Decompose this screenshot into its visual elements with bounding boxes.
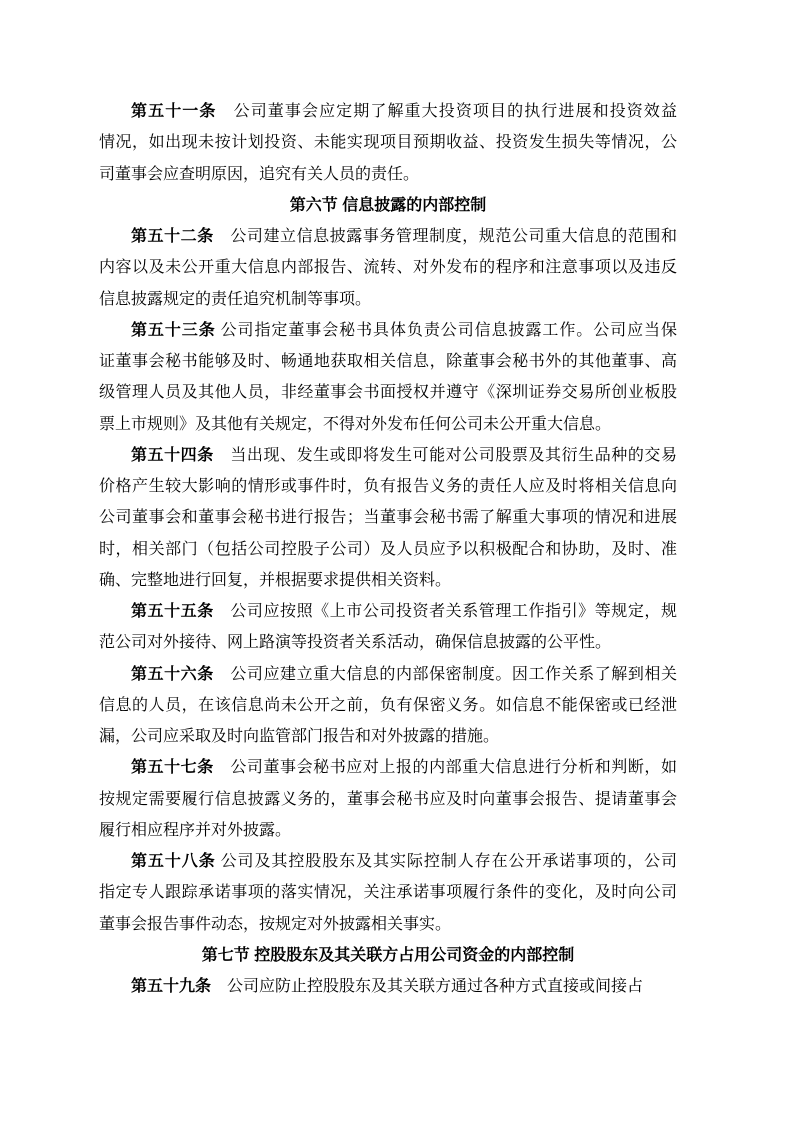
text-line: 时，相关部门（包括公司控股子公司）及人员应予以积极配合和协助，及时、准 (99, 534, 677, 565)
article-paragraph-59: 第五十九条 公司应防止控股股东及其关联方通过各种方式直接或间接占 (99, 971, 677, 1002)
text-line: 票上市规则》及其他有关规定，不得对外发布任何公司未公开重大信息。 (99, 409, 677, 440)
document-page: 第五十一条 公司董事会应定期了解重大投资项目的执行进展和投资效益 情况，如出现未… (0, 0, 794, 1122)
text-line: 按规定需要履行信息披露义务的，董事会秘书应及时向董事会报告、提请董事会 (99, 784, 677, 815)
article-separator (214, 603, 231, 620)
article-number: 第五十八条 (131, 853, 216, 870)
article-paragraph-57: 第五十七条 公司董事会秘书应对上报的内部重大信息进行分析和判断，如 按规定需要履… (99, 752, 677, 846)
article-separator (216, 103, 233, 120)
line-text: 当出现、发生或即将发生可能对公司股票及其衍生品种的交易 (230, 447, 677, 464)
text-line: 司董事会应查明原因，追究有关人员的责任。 (99, 159, 677, 190)
line-text: 公司应防止控股股东及其关联方通过各种方式直接或间接占 (227, 978, 643, 995)
text-line: 指定专人跟踪承诺事项的落实情况，关注承诺事项履行条件的变化，及时向公司 (99, 877, 677, 908)
article-number: 第五十七条 (131, 759, 214, 776)
article-paragraph-53: 第五十三条 公司指定董事会秘书具体负责公司信息披露工作。公司应当保 证董事会秘书… (99, 315, 677, 440)
text-line: 第五十六条 公司应建立重大信息的内部保密制度。因工作关系了解到相关 (99, 659, 677, 690)
text-line: 第五十八条 公司及其控股股东及其实际控制人存在公开承诺事项的，公司 (99, 846, 677, 877)
article-number: 第五十三条 (131, 322, 216, 339)
article-number: 第五十一条 (131, 103, 216, 120)
article-paragraph-51: 第五十一条 公司董事会应定期了解重大投资项目的执行进展和投资效益 情况，如出现未… (99, 96, 677, 190)
line-text: 公司董事会应定期了解重大投资项目的执行进展和投资效益 (234, 103, 677, 120)
section-heading-7: 第七节 控股股东及其关联方占用公司资金的内部控制 (99, 940, 677, 971)
text-line: 情况，如出现未按计划投资、未能实现项目预期收益、投资发生损失等情况，公 (99, 127, 677, 158)
line-text: 公司应建立重大信息的内部保密制度。因工作关系了解到相关 (230, 666, 677, 683)
text-line: 履行相应程序并对外披露。 (99, 815, 677, 846)
text-line: 信息披露规定的责任追究机制等事项。 (99, 284, 677, 315)
article-separator (214, 666, 231, 683)
text-line: 内容以及未公开重大信息内部报告、流转、对外发布的程序和注意事项以及违反 (99, 252, 677, 283)
article-number: 第五十六条 (131, 666, 214, 683)
text-line: 公司董事会和董事会秘书进行报告；当董事会秘书需了解重大事项的情况和进展 (99, 502, 677, 533)
text-line: 第五十三条 公司指定董事会秘书具体负责公司信息披露工作。公司应当保 (99, 315, 677, 346)
text-line: 范公司对外接待、网上路演等投资者关系活动，确保信息披露的公平性。 (99, 627, 677, 658)
article-paragraph-54: 第五十四条 当出现、发生或即将发生可能对公司股票及其衍生品种的交易 价格产生较大… (99, 440, 677, 596)
text-line: 第五十九条 公司应防止控股股东及其关联方通过各种方式直接或间接占 (99, 971, 677, 1002)
text-line: 确、完整地进行回复，并根据要求提供相关资料。 (99, 565, 677, 596)
article-separator (214, 447, 231, 464)
article-number: 第五十五条 (131, 603, 214, 620)
line-text: 公司建立信息披露事务管理制度，规范公司重大信息的范围和 (230, 228, 677, 245)
text-line: 级管理人员及其他人员，非经董事会书面授权并遵守《深圳证券交易所创业板股 (99, 377, 677, 408)
article-separator (211, 978, 227, 995)
article-number: 第五十九条 (131, 978, 211, 995)
text-line: 第五十一条 公司董事会应定期了解重大投资项目的执行进展和投资效益 (99, 96, 677, 127)
article-paragraph-56: 第五十六条 公司应建立重大信息的内部保密制度。因工作关系了解到相关 信息的人员，… (99, 659, 677, 753)
text-line: 董事会报告事件动态，按规定对外披露相关事实。 (99, 909, 677, 940)
article-number: 第五十四条 (131, 447, 214, 464)
text-line: 第五十四条 当出现、发生或即将发生可能对公司股票及其衍生品种的交易 (99, 440, 677, 471)
article-separator (214, 759, 231, 776)
article-paragraph-55: 第五十五条 公司应按照《上市公司投资者关系管理工作指引》等规定，规 范公司对外接… (99, 596, 677, 659)
article-separator (214, 228, 231, 245)
line-text: 公司指定董事会秘书具体负责公司信息披露工作。公司应当保 (221, 322, 677, 339)
section-heading-6: 第六节 信息披露的内部控制 (99, 190, 677, 221)
line-text: 公司应按照《上市公司投资者关系管理工作指引》等规定，规 (230, 603, 677, 620)
text-line: 漏，公司应采取及时向监管部门报告和对外披露的措施。 (99, 721, 677, 752)
article-number: 第五十二条 (131, 228, 214, 245)
text-line: 证董事会秘书能够及时、畅通地获取相关信息，除董事会秘书外的其他董事、高 (99, 346, 677, 377)
article-paragraph-52: 第五十二条 公司建立信息披露事务管理制度，规范公司重大信息的范围和 内容以及未公… (99, 221, 677, 315)
line-text: 公司董事会秘书应对上报的内部重大信息进行分析和判断，如 (230, 759, 677, 776)
text-line: 价格产生较大影响的情形或事件时，负有报告义务的责任人应及时将相关信息向 (99, 471, 677, 502)
line-text: 公司及其控股股东及其实际控制人存在公开承诺事项的，公司 (221, 853, 677, 870)
text-line: 信息的人员，在该信息尚未公开之前，负有保密义务。如信息不能保密或已经泄 (99, 690, 677, 721)
article-paragraph-58: 第五十八条 公司及其控股股东及其实际控制人存在公开承诺事项的，公司 指定专人跟踪… (99, 846, 677, 940)
text-line: 第五十七条 公司董事会秘书应对上报的内部重大信息进行分析和判断，如 (99, 752, 677, 783)
text-line: 第五十二条 公司建立信息披露事务管理制度，规范公司重大信息的范围和 (99, 221, 677, 252)
text-line: 第五十五条 公司应按照《上市公司投资者关系管理工作指引》等规定，规 (99, 596, 677, 627)
